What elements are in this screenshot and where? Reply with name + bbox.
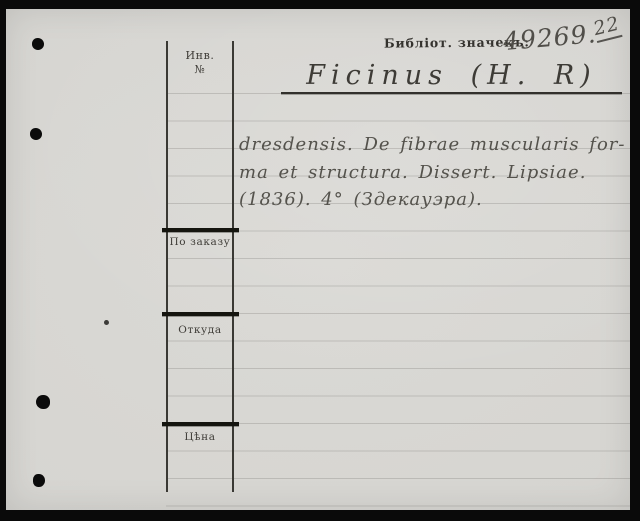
entry-line: ma et structura. Dissert. Lipsiae. — [239, 159, 625, 187]
punch-hole — [36, 395, 50, 409]
ink-speck — [104, 320, 109, 325]
punch-hole — [30, 128, 42, 140]
order-label: По заказу — [167, 236, 233, 248]
inventory-label-line2: № — [194, 63, 205, 76]
author-heading: Ficinus (H. R) — [280, 60, 623, 91]
bibliographic-entry: dresdensis. De fibrae muscularis for- ma… — [239, 131, 625, 214]
punch-hole — [32, 38, 44, 50]
entry-line: dresdensis. De fibrae muscularis for- — [239, 131, 625, 159]
price-cell-divider — [162, 422, 239, 426]
price-label: Цѣна — [167, 431, 233, 443]
scanned-catalog-card: Инв. № По заказу Откуда Цѣна Библіот. зн… — [0, 0, 640, 521]
punch-hole — [33, 474, 45, 487]
origin-label: Откуда — [167, 324, 233, 336]
order-cell-divider — [162, 228, 239, 232]
inventory-label-line1: Инв. — [185, 49, 214, 62]
heading-underline — [281, 92, 622, 94]
shelf-number-superscript: 22 — [592, 12, 623, 43]
inventory-number-label: Инв. № — [167, 49, 233, 77]
origin-cell-divider — [162, 312, 239, 316]
entry-line: (1836). 4° (Здекауэра). — [239, 186, 625, 214]
